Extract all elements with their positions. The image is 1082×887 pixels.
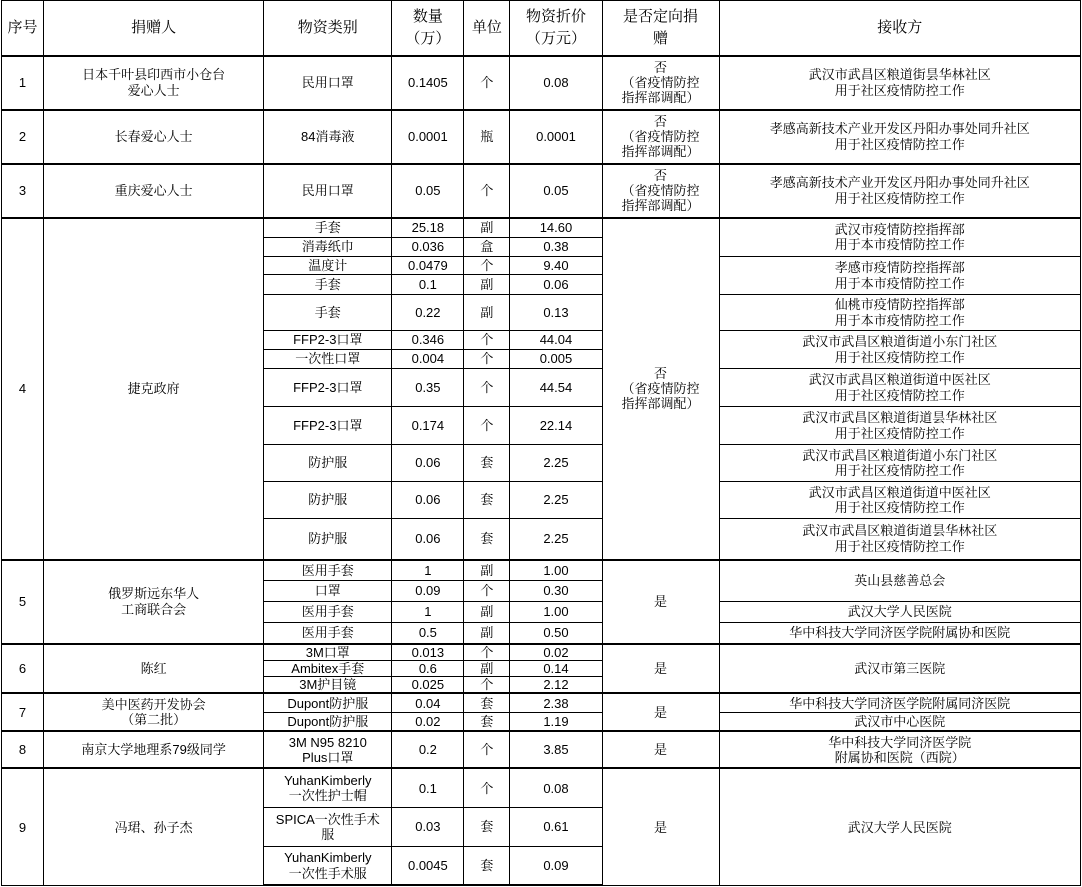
table-cell: 个 (464, 731, 510, 768)
column-header-category: 物资类别 (264, 1, 392, 56)
table-cell: 0.0479 (392, 257, 464, 275)
table-cell: 0.02 (392, 712, 464, 731)
table-cell: 0.0001 (510, 110, 602, 164)
table-cell: 武汉市武昌区粮道街道中医社区 用于社区疫情防控工作 (719, 369, 1080, 407)
table-cell: 0.06 (392, 445, 464, 482)
table-cell: 0.35 (392, 369, 464, 407)
table-cell: 否 （省疫情防控 指挥部调配） (602, 110, 719, 164)
table-cell: 副 (464, 295, 510, 331)
table-cell: 是 (602, 768, 719, 885)
table-cell: 日本千叶县印西市小仓台 爱心人士 (44, 56, 264, 110)
table-cell: 副 (464, 660, 510, 676)
table-cell: 0.50 (510, 623, 602, 644)
table-cell: 冯珺、孙子杰 (44, 768, 264, 885)
table-cell: 2.25 (510, 445, 602, 482)
table-cell: 孝感高新技术产业开发区丹阳办事处同升社区 用于社区疫情防控工作 (719, 110, 1080, 164)
table-cell: 南京大学地理系79级同学 (44, 731, 264, 768)
table-cell: 英山县慈善总会 (719, 560, 1080, 602)
table-cell: 个 (464, 768, 510, 807)
table-cell: 长春爱心人士 (44, 110, 264, 164)
table-row: 9冯珺、孙子杰YuhanKimberly 一次性护士帽0.1个0.08是武汉大学… (2, 768, 1081, 807)
table-cell: 民用口罩 (264, 164, 392, 218)
table-cell: 9.40 (510, 257, 602, 275)
table-cell: 0.1 (392, 275, 464, 295)
table-cell: 0.025 (392, 677, 464, 694)
table-cell: 0.005 (510, 350, 602, 369)
table-cell: 否 （省疫情防控 指挥部调配） (602, 56, 719, 110)
table-cell: 仙桃市疫情防控指挥部 用于本市疫情防控工作 (719, 295, 1080, 331)
table-cell: 22.14 (510, 407, 602, 445)
column-header-unit: 单位 (464, 1, 510, 56)
table-cell: 副 (464, 560, 510, 581)
table-cell: 0.38 (510, 238, 602, 257)
table-cell: FFP2-3口罩 (264, 369, 392, 407)
table-cell: 民用口罩 (264, 56, 392, 110)
table-cell: YuhanKimberly 一次性护士帽 (264, 768, 392, 807)
table-row: 4捷克政府手套25.18副14.60否 （省疫情防控 指挥部调配）武汉市疫情防控… (2, 218, 1081, 238)
table-cell: 0.61 (510, 807, 602, 846)
table-cell: 手套 (264, 295, 392, 331)
table-cell: 3M口罩 (264, 644, 392, 661)
table-cell: 1.00 (510, 602, 602, 623)
column-header-directed: 是否定向捐 赠 (602, 1, 719, 56)
table-cell: 武汉市武昌区粮道街道小东门社区 用于社区疫情防控工作 (719, 331, 1080, 369)
table-cell: 防护服 (264, 519, 392, 560)
table-cell: 华中科技大学同济医学院附属协和医院 (719, 623, 1080, 644)
table-cell: 8 (2, 731, 44, 768)
table-row: 5俄罗斯远东华人 工商联合会医用手套1副1.00是英山县慈善总会 (2, 560, 1081, 581)
table-cell: 个 (464, 257, 510, 275)
table-cell: 4 (2, 218, 44, 560)
table-cell: 是 (602, 560, 719, 644)
table-cell: FFP2-3口罩 (264, 407, 392, 445)
table-cell: 44.04 (510, 331, 602, 350)
table-cell: 套 (464, 445, 510, 482)
table-cell: 否 （省疫情防控 指挥部调配） (602, 164, 719, 218)
table-cell: 是 (602, 731, 719, 768)
table-cell: 武汉市疫情防控指挥部 用于本市疫情防控工作 (719, 218, 1080, 257)
table-row: 6陈红3M口罩0.013个0.02是武汉市第三医院 (2, 644, 1081, 661)
table-cell: 3M N95 8210 Plus口罩 (264, 731, 392, 768)
table-cell: SPICA一次性手术 服 (264, 807, 392, 846)
table-cell: 捷克政府 (44, 218, 264, 560)
table-cell: 3M护目镜 (264, 677, 392, 694)
table-cell: 0.013 (392, 644, 464, 661)
table-cell: 医用手套 (264, 623, 392, 644)
table-cell: 0.05 (510, 164, 602, 218)
table-row: 7美中医药开发协会 （第二批）Dupont防护服0.04套2.38是华中科技大学… (2, 693, 1081, 712)
table-cell: 0.0045 (392, 846, 464, 885)
table-cell: 个 (464, 581, 510, 602)
table-cell: 0.0001 (392, 110, 464, 164)
table-cell: 副 (464, 275, 510, 295)
table-cell: 武汉大学人民医院 (719, 768, 1080, 885)
table-cell: 防护服 (264, 482, 392, 519)
table-cell: 口罩 (264, 581, 392, 602)
table-cell: 9 (2, 768, 44, 885)
table-cell: 重庆爱心人士 (44, 164, 264, 218)
table-cell: 消毒纸巾 (264, 238, 392, 257)
table-cell: 5 (2, 560, 44, 644)
table-cell: 孝感高新技术产业开发区丹阳办事处同升社区 用于社区疫情防控工作 (719, 164, 1080, 218)
column-header-index: 序号 (2, 1, 44, 56)
table-cell: 副 (464, 218, 510, 238)
table-row: 2长春爱心人士84消毒液0.0001瓶0.0001否 （省疫情防控 指挥部调配）… (2, 110, 1081, 164)
table-cell: 0.06 (392, 519, 464, 560)
table-cell: 2 (2, 110, 44, 164)
table-cell: 6 (2, 644, 44, 694)
table-cell: 个 (464, 331, 510, 350)
table-cell: 温度计 (264, 257, 392, 275)
table-cell: 1 (2, 56, 44, 110)
column-header-value: 物资折价 （万元） (510, 1, 602, 56)
table-cell: 个 (464, 407, 510, 445)
table-cell: Ambitex手套 (264, 660, 392, 676)
header-row: 序号 捐赠人 物资类别 数量 （万） 单位 物资折价 （万元） 是否定向捐 赠 … (2, 1, 1081, 56)
table-cell: 瓶 (464, 110, 510, 164)
table-cell: 是 (602, 693, 719, 731)
table-row: 3重庆爱心人士民用口罩0.05个0.05否 （省疫情防控 指挥部调配）孝感高新技… (2, 164, 1081, 218)
table-cell: 孝感市疫情防控指挥部 用于本市疫情防控工作 (719, 257, 1080, 295)
table-cell: 0.02 (510, 644, 602, 661)
table-row: 1日本千叶县印西市小仓台 爱心人士民用口罩0.1405个0.08否 （省疫情防控… (2, 56, 1081, 110)
table-cell: 盒 (464, 238, 510, 257)
table-cell: 0.03 (392, 807, 464, 846)
table-cell: 2.38 (510, 693, 602, 712)
table-cell: 武汉市武昌区粮道街道中医社区 用于社区疫情防控工作 (719, 482, 1080, 519)
table-cell: 防护服 (264, 445, 392, 482)
table-cell: 0.08 (510, 768, 602, 807)
table-cell: 个 (464, 644, 510, 661)
table-cell: 2.25 (510, 519, 602, 560)
table-cell: 0.346 (392, 331, 464, 350)
table-cell: 武汉市武昌区粮道街道昙华林社区 用于社区疫情防控工作 (719, 407, 1080, 445)
table-cell: 0.06 (392, 482, 464, 519)
table-cell: 个 (464, 350, 510, 369)
table-cell: 个 (464, 677, 510, 694)
column-header-quantity: 数量 （万） (392, 1, 464, 56)
table-cell: 武汉市武昌区粮道街道小东门社区 用于社区疫情防控工作 (719, 445, 1080, 482)
table-cell: Dupont防护服 (264, 712, 392, 731)
table-cell: 0.13 (510, 295, 602, 331)
table-cell: 0.30 (510, 581, 602, 602)
table-cell: 0.04 (392, 693, 464, 712)
table-cell: 副 (464, 602, 510, 623)
table-cell: 0.05 (392, 164, 464, 218)
table-cell: 3.85 (510, 731, 602, 768)
table-cell: 套 (464, 807, 510, 846)
table-cell: 0.6 (392, 660, 464, 676)
table-cell: 华中科技大学同济医学院 附属协和医院（西院） (719, 731, 1080, 768)
table-cell: 一次性口罩 (264, 350, 392, 369)
table-cell: 1 (392, 602, 464, 623)
table-cell: 否 （省疫情防控 指挥部调配） (602, 218, 719, 560)
table-cell: 武汉大学人民医院 (719, 602, 1080, 623)
table-cell: 武汉市中心医院 (719, 712, 1080, 731)
table-cell: 0.174 (392, 407, 464, 445)
table-cell: 套 (464, 846, 510, 885)
donation-table-page: 序号 捐赠人 物资类别 数量 （万） 单位 物资折价 （万元） 是否定向捐 赠 … (0, 0, 1082, 887)
table-row: 8南京大学地理系79级同学3M N95 8210 Plus口罩0.2个3.85是… (2, 731, 1081, 768)
column-header-recipient: 接收方 (719, 1, 1080, 56)
table-cell: 2.25 (510, 482, 602, 519)
table-cell: 0.14 (510, 660, 602, 676)
table-cell: 0.22 (392, 295, 464, 331)
table-cell: 医用手套 (264, 560, 392, 581)
table-cell: 84消毒液 (264, 110, 392, 164)
table-cell: 14.60 (510, 218, 602, 238)
table-cell: 套 (464, 712, 510, 731)
table-cell: 0.09 (510, 846, 602, 885)
table-cell: Dupont防护服 (264, 693, 392, 712)
table-cell: 7 (2, 693, 44, 731)
table-cell: 44.54 (510, 369, 602, 407)
table-cell: 武汉市武昌区粮道街道昙华林社区 用于社区疫情防控工作 (719, 519, 1080, 560)
table-cell: 是 (602, 644, 719, 694)
table-cell: 俄罗斯远东华人 工商联合会 (44, 560, 264, 644)
table-cell: 0.5 (392, 623, 464, 644)
table-cell: 0.1405 (392, 56, 464, 110)
donations-table: 序号 捐赠人 物资类别 数量 （万） 单位 物资折价 （万元） 是否定向捐 赠 … (1, 0, 1081, 886)
table-cell: 0.06 (510, 275, 602, 295)
table-cell: FFP2-3口罩 (264, 331, 392, 350)
table-cell: 3 (2, 164, 44, 218)
table-cell: 个 (464, 369, 510, 407)
table-cell: 华中科技大学同济医学院附属同济医院 (719, 693, 1080, 712)
table-cell: 0.004 (392, 350, 464, 369)
table-cell: 医用手套 (264, 602, 392, 623)
table-cell: 1.00 (510, 560, 602, 581)
table-cell: 0.09 (392, 581, 464, 602)
column-header-donor: 捐赠人 (44, 1, 264, 56)
table-cell: 武汉市武昌区粮道街昙华林社区 用于社区疫情防控工作 (719, 56, 1080, 110)
table-cell: YuhanKimberly 一次性手术服 (264, 846, 392, 885)
table-cell: 2.12 (510, 677, 602, 694)
table-cell: 套 (464, 519, 510, 560)
table-cell: 武汉市第三医院 (719, 644, 1080, 694)
table-cell: 25.18 (392, 218, 464, 238)
table-cell: 个 (464, 56, 510, 110)
table-cell: 副 (464, 623, 510, 644)
table-cell: 0.2 (392, 731, 464, 768)
table-cell: 陈红 (44, 644, 264, 694)
table-cell: 套 (464, 482, 510, 519)
table-cell: 美中医药开发协会 （第二批） (44, 693, 264, 731)
table-cell: 0.1 (392, 768, 464, 807)
table-cell: 套 (464, 693, 510, 712)
table-cell: 个 (464, 164, 510, 218)
table-cell: 1.19 (510, 712, 602, 731)
table-body: 1日本千叶县印西市小仓台 爱心人士民用口罩0.1405个0.08否 （省疫情防控… (2, 56, 1081, 886)
table-cell: 手套 (264, 218, 392, 238)
table-cell: 0.08 (510, 56, 602, 110)
table-cell: 0.036 (392, 238, 464, 257)
table-cell: 1 (392, 560, 464, 581)
table-cell: 手套 (264, 275, 392, 295)
